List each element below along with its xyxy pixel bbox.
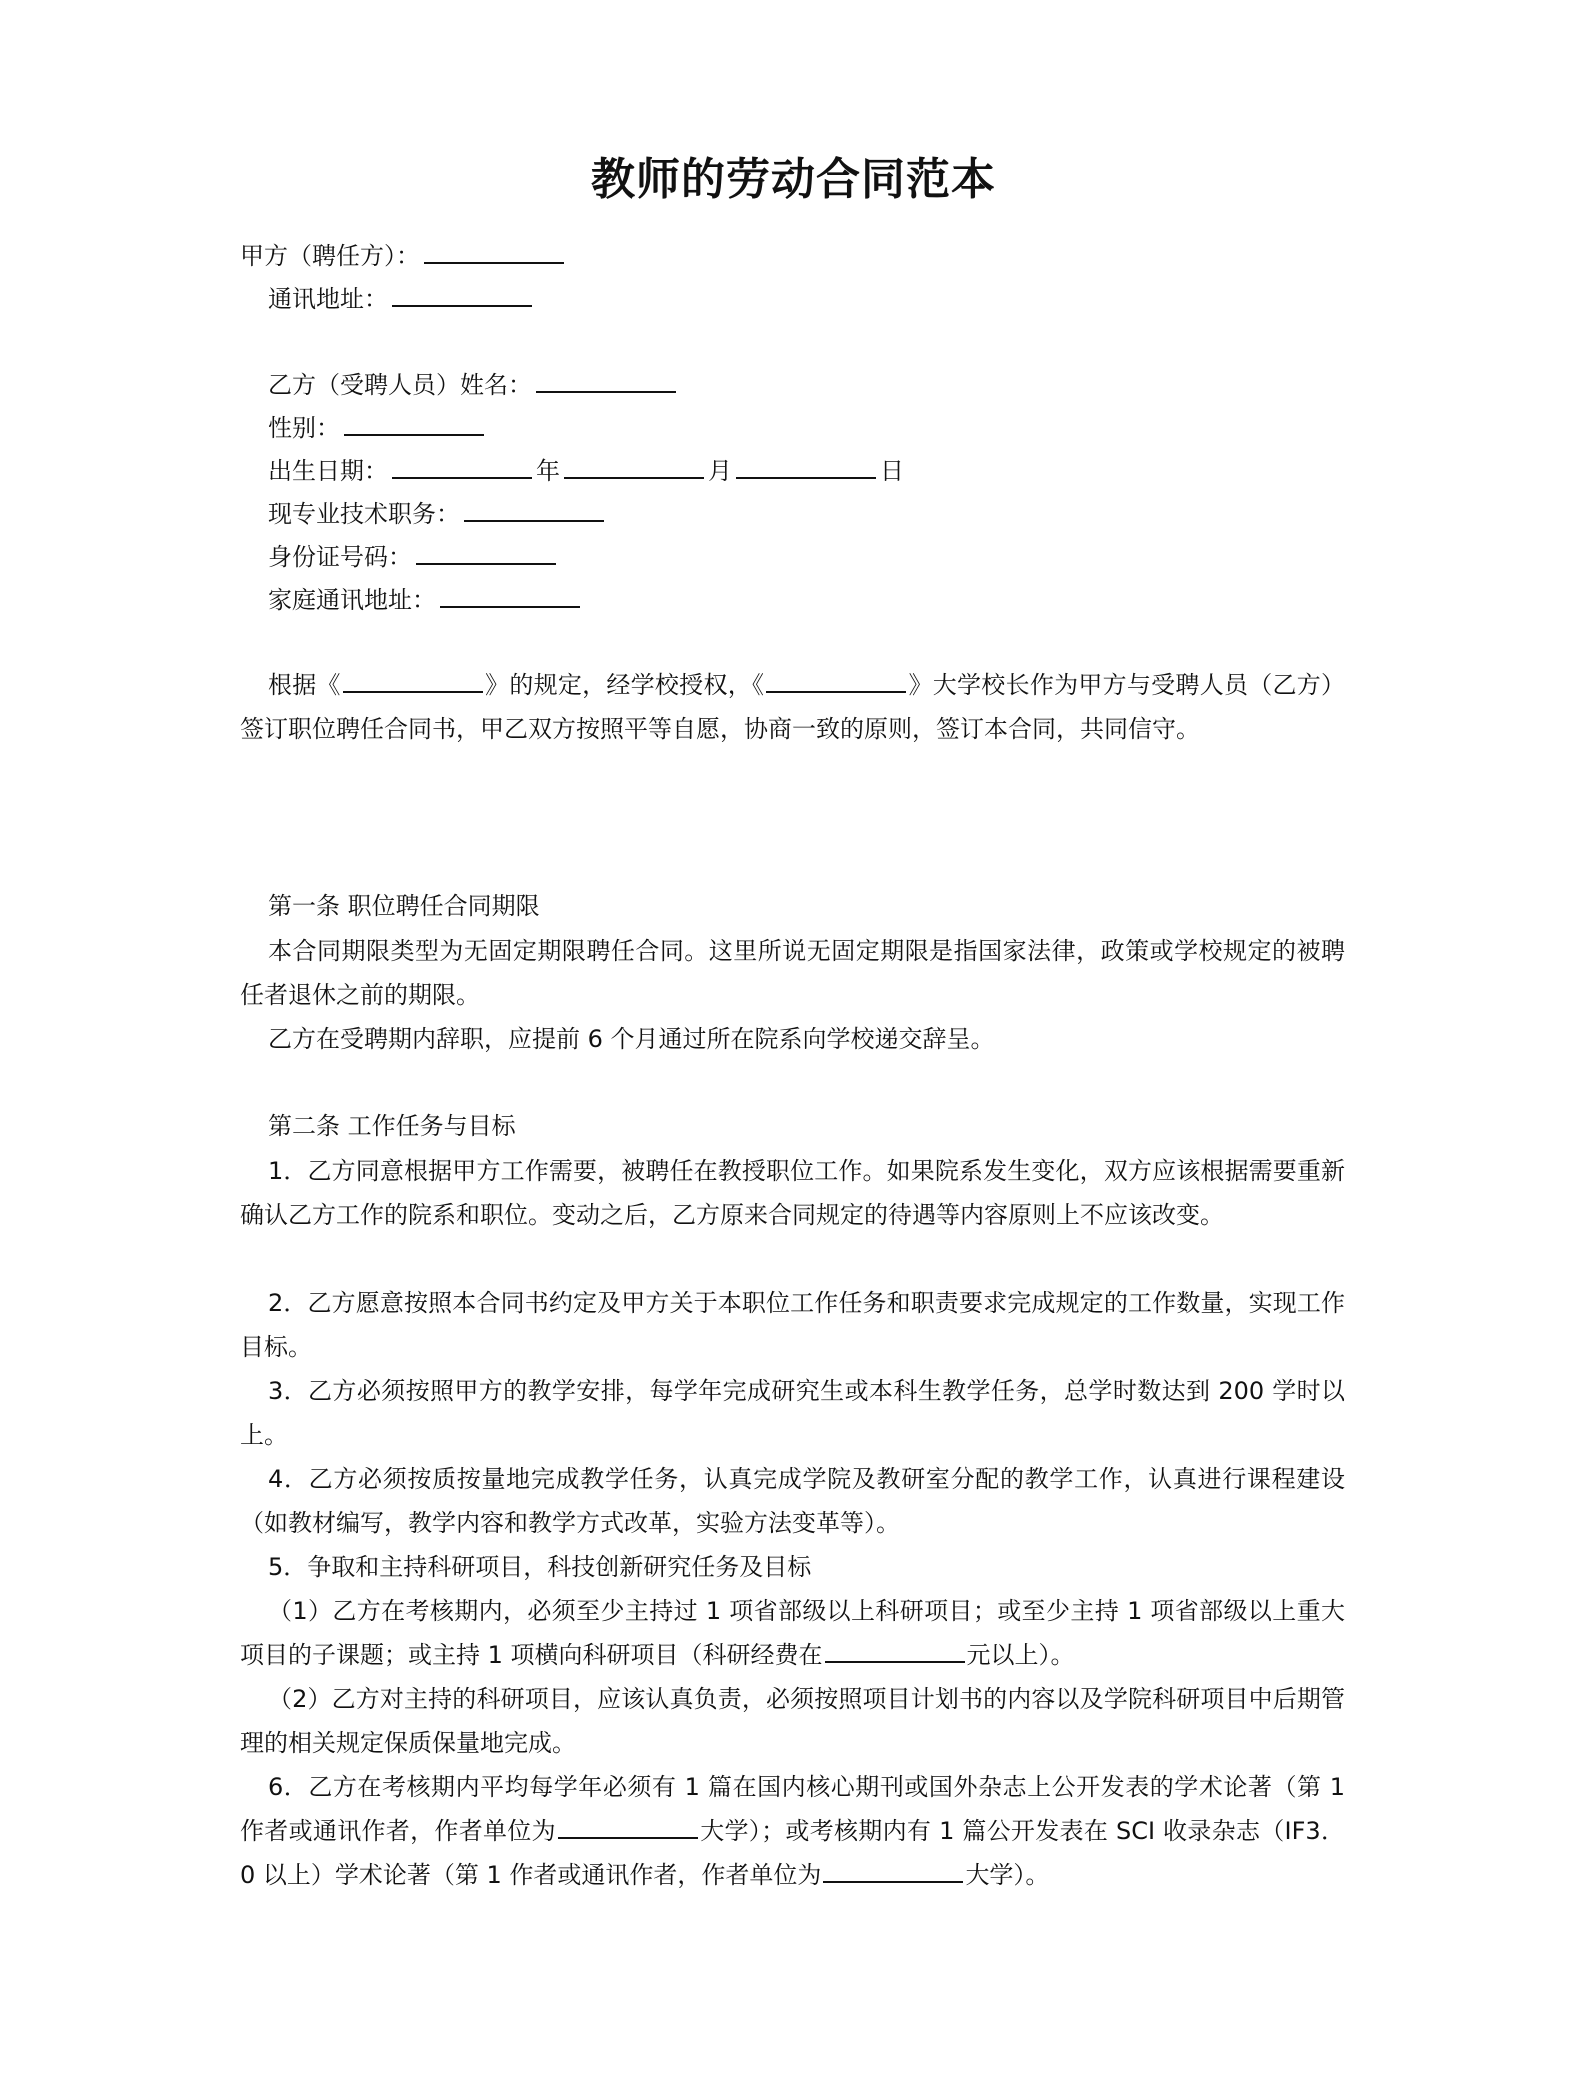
article1-paragraph-1: 本合同期限类型为无固定期限聘任合同。这里所说无固定期限是指国家法律，政策或学校规…: [240, 929, 1345, 1017]
article2-item-1: 1．乙方同意根据甲方工作需要，被聘任在教授职位工作。如果院系发生变化，双方应该根…: [240, 1149, 1345, 1237]
research-funding-blank[interactable]: [825, 1639, 965, 1663]
item5-1-text-b: 元以上）。: [967, 1641, 1075, 1669]
party-a-blank[interactable]: [424, 238, 564, 264]
party-a-line: 甲方（聘任方）：: [240, 238, 568, 272]
party-a-label: 甲方（聘任方）：: [240, 242, 420, 270]
author-unit-blank-2[interactable]: [823, 1859, 963, 1883]
university-blank[interactable]: [766, 669, 906, 693]
birth-year-label: 年: [536, 457, 560, 485]
item6-text-c: 大学）。: [965, 1861, 1049, 1889]
birth-label: 出生日期：: [268, 457, 388, 485]
party-a-address-line: 通讯地址：: [268, 281, 536, 315]
article2-item-2: 2．乙方愿意按照本合同书约定及甲方关于本职位工作任务和职责要求完成规定的工作数量…: [240, 1281, 1345, 1369]
id-number-label: 身份证号码：: [268, 543, 412, 571]
party-b-name-blank[interactable]: [536, 367, 676, 393]
birth-date-line: 出生日期：年月日: [268, 453, 904, 487]
professional-title-label: 现专业技术职务：: [268, 500, 460, 528]
article2-item-5-2: （2）乙方对主持的科研项目，应该认真负责，必须按照项目计划书的内容以及学院科研项…: [240, 1677, 1345, 1765]
birth-day-blank[interactable]: [736, 453, 876, 479]
birth-day-label: 日: [880, 457, 904, 485]
regulation-blank[interactable]: [343, 669, 483, 693]
birth-month-blank[interactable]: [564, 453, 704, 479]
home-address-blank[interactable]: [440, 582, 580, 608]
gender-line: 性别：: [268, 410, 488, 444]
article2-item-5-1: （1）乙方在考核期内，必须至少主持过 1 项省部级以上科研项目；或至少主持 1 …: [240, 1589, 1345, 1677]
article2-item-3: 3．乙方必须按照甲方的教学安排，每学年完成研究生或本科生教学任务，总学时数达到 …: [240, 1369, 1345, 1457]
professional-title-line: 现专业技术职务：: [268, 496, 608, 530]
id-number-line: 身份证号码：: [268, 539, 560, 573]
id-number-blank[interactable]: [416, 539, 556, 565]
preamble-paragraph: 根据《》的规定，经学校授权，《》大学校长作为甲方与受聘人员（乙方）签订职位聘任合…: [240, 663, 1345, 751]
party-b-name-line: 乙方（受聘人员）姓名：: [268, 367, 680, 401]
article2-item-6: 6．乙方在考核期内平均每学年必须有 1 篇在国内核心期刊或国外杂志上公开发表的学…: [240, 1765, 1345, 1897]
item5-1-text-a: （1）乙方在考核期内，必须至少主持过 1 项省部级以上科研项目；或至少主持 1 …: [240, 1597, 1345, 1669]
home-address-label: 家庭通讯地址：: [268, 586, 436, 614]
document-title: 教师的劳动合同范本: [0, 150, 1587, 210]
birth-year-blank[interactable]: [392, 453, 532, 479]
party-a-address-label: 通讯地址：: [268, 285, 388, 313]
birth-month-label: 月: [708, 457, 732, 485]
article1-paragraph-2: 乙方在受聘期内辞职，应提前 6 个月通过所在院系向学校递交辞呈。: [240, 1017, 1345, 1061]
gender-blank[interactable]: [344, 410, 484, 436]
article2-item-4: 4．乙方必须按质按量地完成教学任务，认真完成学院及教研室分配的教学工作，认真进行…: [240, 1457, 1345, 1545]
preamble-text-2: 》的规定，经学校授权，《: [485, 671, 764, 699]
author-unit-blank-1[interactable]: [558, 1815, 698, 1839]
party-b-name-label: 乙方（受聘人员）姓名：: [268, 371, 532, 399]
article2-heading: 第二条 工作任务与目标: [268, 1110, 516, 1142]
preamble-text-1: 根据《: [268, 671, 341, 699]
party-a-address-blank[interactable]: [392, 281, 532, 307]
gender-label: 性别：: [268, 414, 340, 442]
document-page: 教师的劳动合同范本 甲方（聘任方）： 通讯地址： 乙方（受聘人员）姓名： 性别：…: [0, 0, 1587, 2094]
article2-item-5: 5．争取和主持科研项目，科技创新研究任务及目标: [240, 1545, 1345, 1589]
professional-title-blank[interactable]: [464, 496, 604, 522]
article1-heading: 第一条 职位聘任合同期限: [268, 890, 540, 922]
home-address-line: 家庭通讯地址：: [268, 582, 584, 616]
